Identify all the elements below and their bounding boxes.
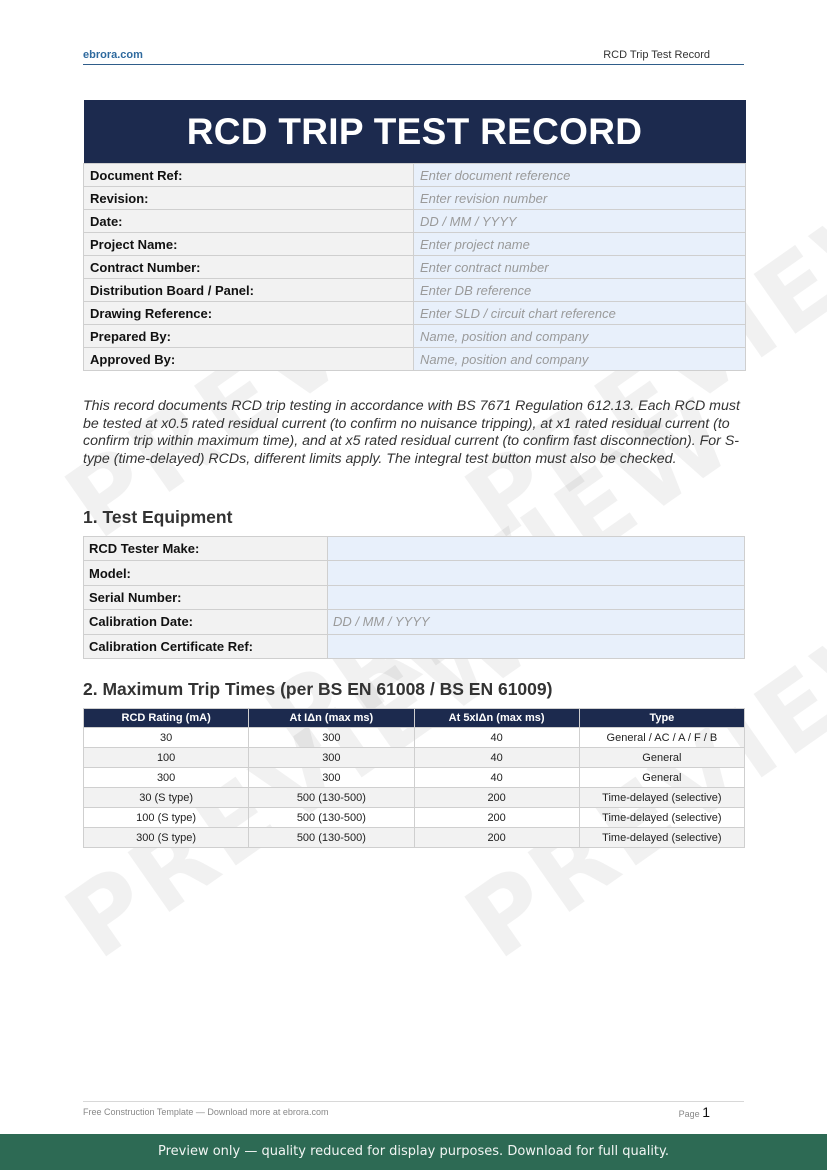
column-header: At 5xIΔn (max ms) (414, 709, 579, 728)
table-cell: 30 (S type) (84, 788, 249, 808)
table-cell: 100 (S type) (84, 808, 249, 828)
table-cell: 100 (84, 748, 249, 768)
details-input[interactable]: Enter SLD / circuit chart reference (414, 302, 746, 325)
table-cell: 300 (84, 768, 249, 788)
document-details-table: RCD TRIP TEST RECORD Document Ref:Enter … (83, 100, 746, 371)
details-label: Project Name: (84, 233, 414, 256)
details-label: Date: (84, 210, 414, 233)
details-input[interactable]: Enter DB reference (414, 279, 746, 302)
details-row: Approved By:Name, position and company (84, 348, 746, 371)
table-cell: 300 (249, 748, 414, 768)
header-doc-title: RCD Trip Test Record (603, 49, 710, 61)
equipment-row: Calibration Certificate Ref: (84, 634, 745, 658)
details-label: Approved By: (84, 348, 414, 371)
details-row: Contract Number:Enter contract number (84, 256, 746, 279)
brand-link[interactable]: ebrora.com (83, 49, 143, 61)
equipment-label: Serial Number: (84, 585, 328, 609)
details-row: Date:DD / MM / YYYY (84, 210, 746, 233)
equipment-input[interactable] (328, 561, 745, 585)
table-cell: 30 (84, 728, 249, 748)
details-input[interactable]: DD / MM / YYYY (414, 210, 746, 233)
details-label: Distribution Board / Panel: (84, 279, 414, 302)
details-row: Drawing Reference:Enter SLD / circuit ch… (84, 302, 746, 325)
equipment-input[interactable]: DD / MM / YYYY (328, 610, 745, 634)
equipment-input[interactable] (328, 585, 745, 609)
table-cell: General / AC / A / F / B (579, 728, 744, 748)
equipment-row: Calibration Date:DD / MM / YYYY (84, 610, 745, 634)
details-row: Revision:Enter revision number (84, 187, 746, 210)
table-cell: 40 (414, 748, 579, 768)
column-header: At IΔn (max ms) (249, 709, 414, 728)
table-cell: 40 (414, 728, 579, 748)
details-input[interactable]: Enter project name (414, 233, 746, 256)
test-equipment-table: RCD Tester Make:Model:Serial Number:Cali… (83, 536, 745, 659)
details-row: Document Ref:Enter document reference (84, 164, 746, 187)
max-trip-times-table: RCD Rating (mA)At IΔn (max ms)At 5xIΔn (… (83, 708, 745, 848)
table-row: 300 (S type)500 (130-500)200Time-delayed… (84, 828, 745, 848)
table-cell: General (579, 748, 744, 768)
equipment-row: Serial Number: (84, 585, 745, 609)
table-cell: 500 (130-500) (249, 808, 414, 828)
table-cell: 200 (414, 788, 579, 808)
equipment-label: Calibration Certificate Ref: (84, 634, 328, 658)
column-header: RCD Rating (mA) (84, 709, 249, 728)
page-indicator: Page 1 (679, 1104, 710, 1120)
table-row: 30030040General (84, 768, 745, 788)
table-cell: General (579, 768, 744, 788)
table-cell: 300 (249, 768, 414, 788)
details-input[interactable]: Enter document reference (414, 164, 746, 187)
intro-paragraph: This record documents RCD trip testing i… (83, 398, 747, 468)
equipment-row: RCD Tester Make: (84, 537, 745, 561)
column-header: Type (579, 709, 744, 728)
equipment-label: Calibration Date: (84, 610, 328, 634)
table-row: 30 (S type)500 (130-500)200Time-delayed … (84, 788, 745, 808)
details-label: Revision: (84, 187, 414, 210)
preview-banner: Preview only — quality reduced for displ… (0, 1134, 827, 1170)
section-heading-test-equipment: 1. Test Equipment (83, 507, 232, 528)
table-cell: 40 (414, 768, 579, 788)
document-title: RCD TRIP TEST RECORD (84, 100, 746, 164)
page-footer: Free Construction Template — Download mo… (83, 1101, 744, 1124)
page-header: ebrora.com RCD Trip Test Record (83, 48, 744, 65)
details-row: Distribution Board / Panel:Enter DB refe… (84, 279, 746, 302)
table-cell: 300 (249, 728, 414, 748)
table-cell: Time-delayed (selective) (579, 788, 744, 808)
equipment-input[interactable] (328, 634, 745, 658)
equipment-input[interactable] (328, 537, 745, 561)
details-label: Drawing Reference: (84, 302, 414, 325)
details-row: Project Name:Enter project name (84, 233, 746, 256)
table-cell: 300 (S type) (84, 828, 249, 848)
table-cell: 200 (414, 828, 579, 848)
table-cell: 500 (130-500) (249, 828, 414, 848)
equipment-label: RCD Tester Make: (84, 537, 328, 561)
details-input[interactable]: Name, position and company (414, 348, 746, 371)
table-row: 10030040General (84, 748, 745, 768)
details-label: Document Ref: (84, 164, 414, 187)
table-row: 100 (S type)500 (130-500)200Time-delayed… (84, 808, 745, 828)
page-label: Page (679, 1109, 700, 1119)
table-cell: Time-delayed (selective) (579, 828, 744, 848)
footer-text: Free Construction Template — Download mo… (83, 1107, 328, 1117)
table-cell: Time-delayed (selective) (579, 808, 744, 828)
table-cell: 200 (414, 808, 579, 828)
equipment-row: Model: (84, 561, 745, 585)
table-row: 3030040General / AC / A / F / B (84, 728, 745, 748)
table-cell: 500 (130-500) (249, 788, 414, 808)
details-label: Prepared By: (84, 325, 414, 348)
details-input[interactable]: Enter revision number (414, 187, 746, 210)
details-input[interactable]: Name, position and company (414, 325, 746, 348)
equipment-label: Model: (84, 561, 328, 585)
details-label: Contract Number: (84, 256, 414, 279)
page-number: 1 (702, 1104, 710, 1120)
details-input[interactable]: Enter contract number (414, 256, 746, 279)
section-heading-max-trip-times: 2. Maximum Trip Times (per BS EN 61008 /… (83, 679, 552, 700)
details-row: Prepared By:Name, position and company (84, 325, 746, 348)
